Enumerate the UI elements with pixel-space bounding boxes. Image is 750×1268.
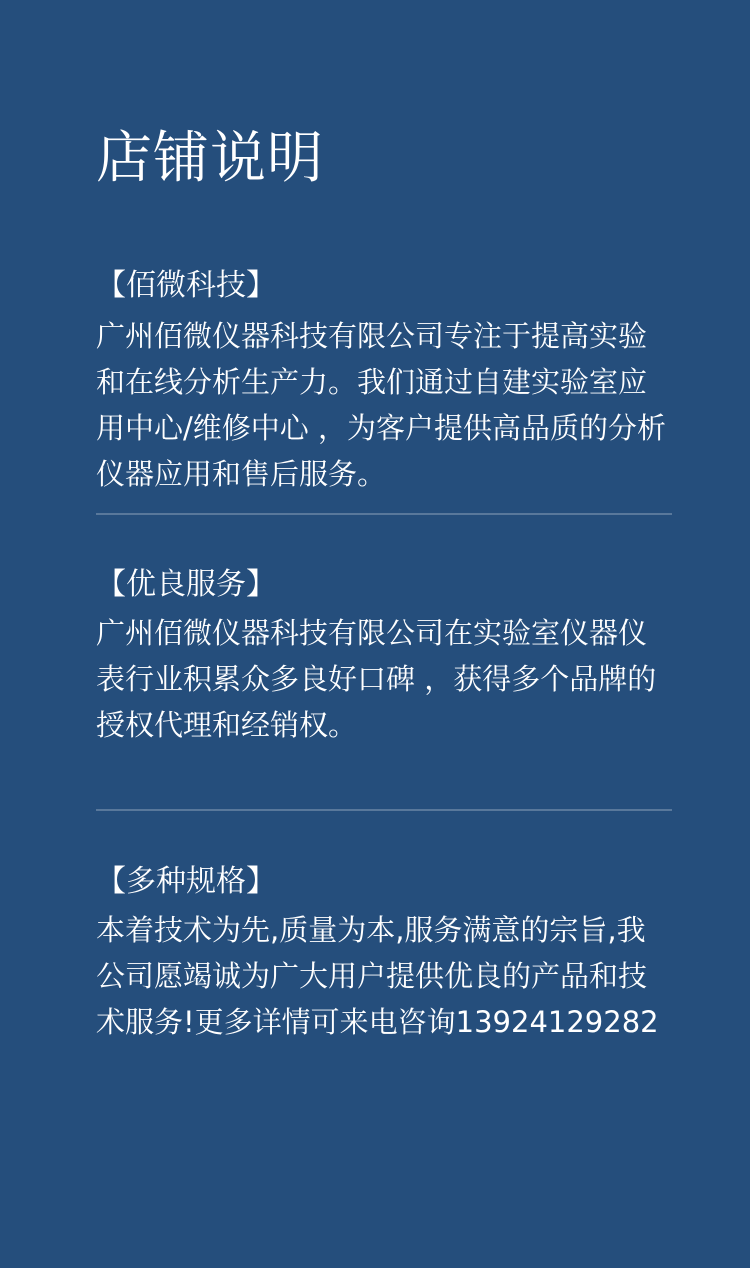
section-multiple-specs-heading: 【多种规格】 (96, 859, 672, 905)
page-title: 店铺说明 (96, 125, 672, 192)
section-divider (96, 809, 672, 811)
section-quality-service: 【优良服务】 广州佰微仪器科技有限公司在实验室仪器仪表行业积累众多良好口碑 ，获… (96, 562, 672, 748)
section-company-intro-heading: 【佰微科技】 (96, 263, 672, 309)
section-multiple-specs: 【多种规格】 本着技术为先,质量为本,服务满意的宗旨,我公司愿竭诚为广大用户提供… (96, 859, 672, 1045)
section-multiple-specs-body: 本着技术为先,质量为本,服务满意的宗旨,我公司愿竭诚为广大用户提供优良的产品和技… (96, 907, 672, 1045)
contact-phone-number: 13924129282 (456, 1005, 659, 1039)
section-quality-service-body: 广州佰微仪器科技有限公司在实验室仪器仪表行业积累众多良好口碑 ，获得多个品牌的授… (96, 610, 672, 748)
section-divider (96, 513, 672, 515)
shop-description-page: 店铺说明 【佰微科技】 广州佰微仪器科技有限公司专注于提高实验和在线分析生产力。… (0, 0, 750, 1268)
section-quality-service-heading: 【优良服务】 (96, 562, 672, 608)
section-company-intro: 【佰微科技】 广州佰微仪器科技有限公司专注于提高实验和在线分析生产力。我们通过自… (96, 263, 672, 497)
section-company-intro-body: 广州佰微仪器科技有限公司专注于提高实验和在线分析生产力。我们通过自建实验室应用中… (96, 313, 672, 497)
